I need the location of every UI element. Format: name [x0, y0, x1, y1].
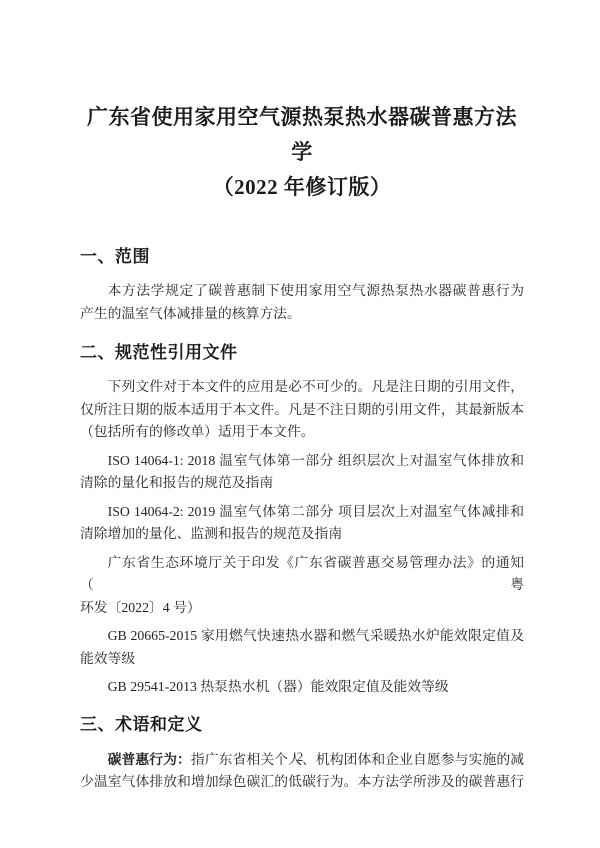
- document-page: 广东省使用家用空气源热泵热水器碳普惠方法学 （2022 年修订版） 一、范围 本…: [0, 0, 600, 848]
- reference-line: GB 20665-2015 家用燃气快速热水器和燃气采暖热水炉能效限定值及: [80, 625, 524, 648]
- references-intro-line: 下列文件对于本文件的应用是必不可少的。凡是注日期的引用文件，: [80, 376, 524, 399]
- page-number: 2: [0, 749, 600, 765]
- reference-line: GB 29541-2013 热泵热水机（器）能效限定值及能效等级: [80, 676, 524, 699]
- term-definition-line: 少温室气体排放和增加绿色碳汇的低碳行为。本方法学所涉及的碳普惠行: [80, 771, 524, 794]
- reference-line: 环发〔2022〕4 号）: [80, 597, 524, 620]
- reference-line: ISO 14064-1: 2018 温室气体第一部分 组织层次上对温室气体排放和: [80, 450, 524, 473]
- reference-line: 清除的量化和报告的规范及指南: [80, 472, 524, 495]
- reference-entry-iso-14064-1: ISO 14064-1: 2018 温室气体第一部分 组织层次上对温室气体排放和…: [80, 450, 524, 495]
- reference-entry-gb-20665: GB 20665-2015 家用燃气快速热水器和燃气采暖热水炉能效限定值及 能效…: [80, 625, 524, 670]
- section-heading-scope: 一、范围: [80, 245, 524, 269]
- reference-line: 清除增加的量化、监测和报告的规范及指南: [80, 523, 524, 546]
- references-intro-line: 仅所注日期的版本适用于本文件。凡是不注日期的引用文件，其最新版本: [80, 399, 524, 422]
- reference-line: 广东省生态环境厅关于印发《广东省碳普惠交易管理办法》的通知（粤: [80, 552, 524, 597]
- document-title: 广东省使用家用空气源热泵热水器碳普惠方法学 （2022 年修订版）: [80, 100, 524, 205]
- reference-entry-iso-14064-2: ISO 14064-2: 2019 温室气体第二部分 项目层次上对温室气体减排和…: [80, 501, 524, 546]
- document-title-line-2: （2022 年修订版）: [80, 170, 524, 205]
- scope-paragraph-line: 产生的温室气体减排量的核算方法。: [80, 303, 524, 326]
- scope-paragraph-line: 本方法学规定了碳普惠制下使用家用空气源热泵热水器碳普惠行为: [80, 280, 524, 303]
- section-heading-terms: 三、术语和定义: [80, 713, 524, 737]
- section-heading-references: 二、规范性引用文件: [80, 341, 524, 365]
- reference-entry-notice: 广东省生态环境厅关于印发《广东省碳普惠交易管理办法》的通知（粤 环发〔2022〕…: [80, 552, 524, 620]
- references-intro-line: （包括所有的修改单）适用于本文件。: [80, 421, 524, 444]
- scope-paragraph: 本方法学规定了碳普惠制下使用家用空气源热泵热水器碳普惠行为 产生的温室气体减排量…: [80, 280, 524, 325]
- references-intro-paragraph: 下列文件对于本文件的应用是必不可少的。凡是注日期的引用文件， 仅所注日期的版本适…: [80, 376, 524, 444]
- reference-entry-gb-29541: GB 29541-2013 热泵热水机（器）能效限定值及能效等级: [80, 676, 524, 699]
- document-title-line-1: 广东省使用家用空气源热泵热水器碳普惠方法学: [80, 100, 524, 170]
- reference-line: 能效等级: [80, 648, 524, 671]
- reference-line: ISO 14064-2: 2019 温室气体第二部分 项目层次上对温室气体减排和: [80, 501, 524, 524]
